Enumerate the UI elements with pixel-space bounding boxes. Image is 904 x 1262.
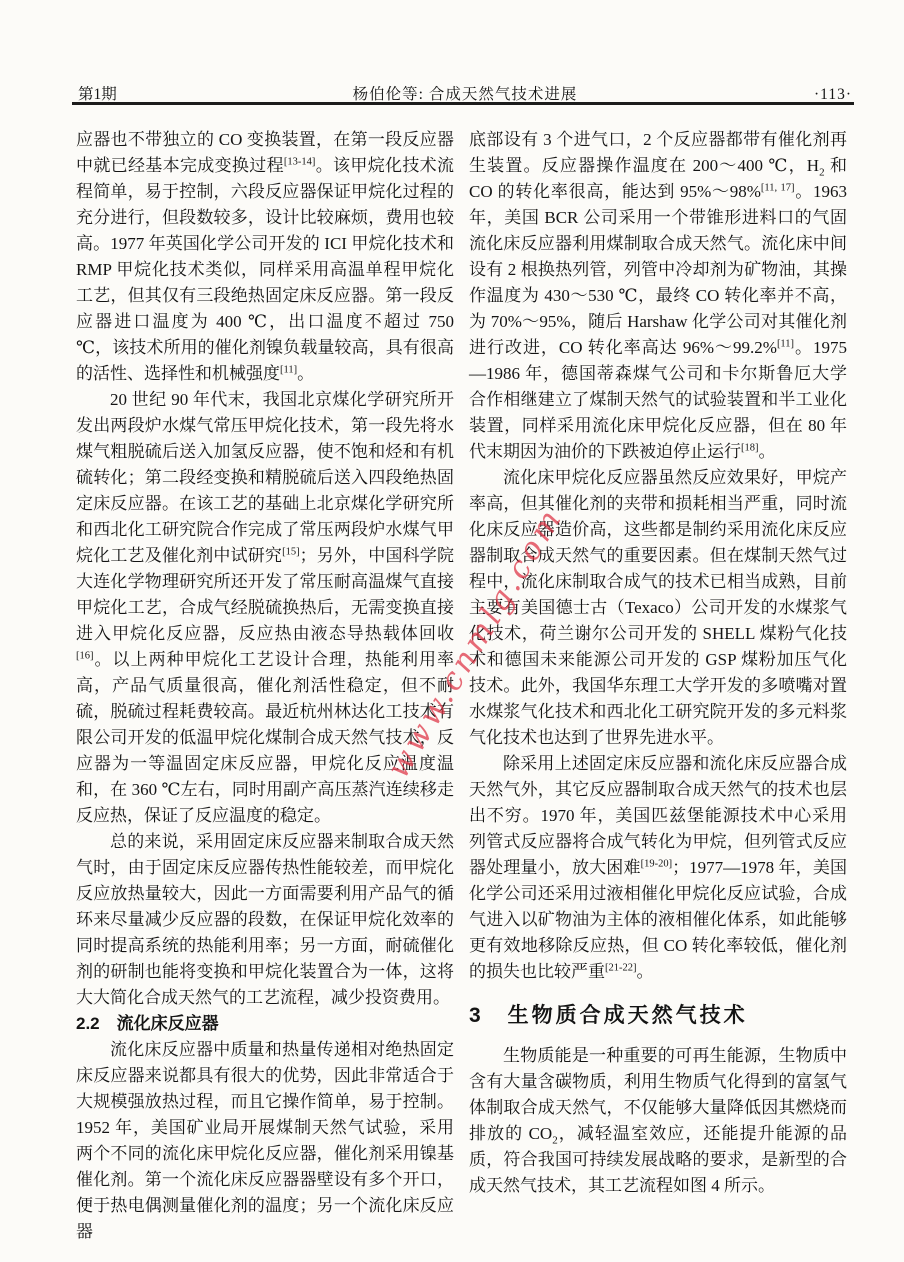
paragraph: 底部设有 3 个进气口，2 个反应器都带有催化剂再生装置。反应器操作温度在 20… bbox=[469, 127, 847, 465]
citation-superscript: [11] bbox=[777, 338, 794, 349]
citation-superscript: [19-20] bbox=[641, 858, 673, 869]
left-column: 应器也不带独立的 CO 变换装置，在第一段反应器中就已经基本完成变换过程[13-… bbox=[76, 127, 454, 1245]
section-heading: 2.2 流化床反应器 bbox=[76, 1011, 454, 1037]
page-header: 第1期 杨伯伦等: 合成天然气技术进展 ·113· bbox=[78, 82, 852, 104]
journal-page: 第1期 杨伯伦等: 合成天然气技术进展 ·113· 应器也不带独立的 CO 变换… bbox=[0, 0, 904, 1262]
issue-label: 第1期 bbox=[78, 82, 238, 104]
chemical-subscript: 2 bbox=[552, 1134, 558, 1146]
text-columns: 应器也不带独立的 CO 变换装置，在第一段反应器中就已经基本完成变换过程[13-… bbox=[76, 127, 847, 1245]
citation-superscript: [18] bbox=[741, 442, 759, 453]
paragraph: 流化床甲烷化反应器虽然反应效果好，甲烷产率高，但其催化剂的夹带和损耗相当严重，同… bbox=[469, 465, 847, 751]
paragraph: 流化床反应器中质量和热量传递相对绝热固定床反应器来说都具有很大的优势，因此非常适… bbox=[76, 1037, 454, 1245]
citation-superscript: [21-22] bbox=[605, 962, 637, 973]
chemical-subscript: 2 bbox=[819, 166, 825, 178]
citation-superscript: [11, 17] bbox=[761, 182, 795, 193]
citation-superscript: [11] bbox=[280, 364, 297, 375]
header-rule bbox=[72, 102, 854, 105]
paragraph: 总的来说，采用固定床反应器来制取合成天然气时，由于固定床反应器传热性能较差，而甲… bbox=[76, 829, 454, 1011]
citation-superscript: [16] bbox=[76, 650, 94, 661]
citation-superscript: [15] bbox=[282, 546, 300, 557]
citation-superscript: [13-14] bbox=[284, 156, 316, 167]
paragraph: 应器也不带独立的 CO 变换装置，在第一段反应器中就已经基本完成变换过程[13-… bbox=[76, 127, 454, 387]
section-heading: 3 生物质合成天然气技术 bbox=[469, 1000, 847, 1032]
right-column: 底部设有 3 个进气口，2 个反应器都带有催化剂再生装置。反应器操作温度在 20… bbox=[469, 127, 847, 1245]
running-title: 杨伯伦等: 合成天然气技术进展 bbox=[238, 82, 692, 104]
paragraph: 生物质能是一种重要的可再生能源，生物质中含有大量含碳物质，利用生物质气化得到的富… bbox=[469, 1043, 847, 1199]
paragraph: 除采用上述固定床反应器和流化床反应器合成天然气外，其它反应器制取合成天然气的技术… bbox=[469, 751, 847, 985]
paragraph: 20 世纪 90 年代末，我国北京煤化学研究所开发出两段炉水煤气常压甲烷化技术，… bbox=[76, 387, 454, 829]
